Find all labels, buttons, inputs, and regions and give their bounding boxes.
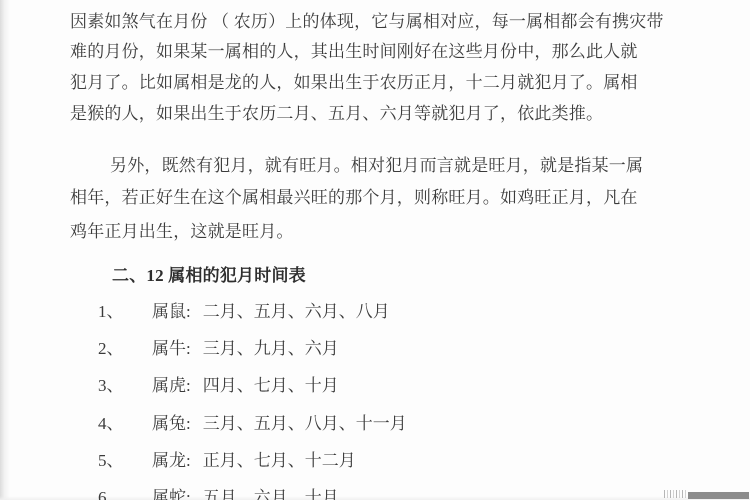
zodiac-name: 属兔: <box>152 414 191 434</box>
document-page: 因素如煞气在月份 （ 农历）上的体现，它与属相对应，每一属相都会有携灾带 难的月… <box>0 0 750 500</box>
paragraph-line: 难的月份，如果某一属相的人，其出生时间刚好在这些月份中，那么此人就 <box>70 42 638 62</box>
list-item-number: 3、 <box>98 376 152 396</box>
zodiac-list-item: 1、属鼠:二月、五月、六月、八月 <box>98 302 390 322</box>
zodiac-months: 三月、五月、八月、十一月 <box>203 414 407 433</box>
zodiac-months: 五月、六月、十月 <box>203 488 339 500</box>
zodiac-list-item: 2、属牛:三月、九月、六月 <box>98 339 339 359</box>
scan-artifact-bar <box>688 492 749 499</box>
zodiac-list-item: 5、属龙:正月、七月、十二月 <box>98 451 356 471</box>
zodiac-list-item: 3、属虎:四月、七月、十月 <box>98 376 339 396</box>
zodiac-name: 属龙: <box>152 451 191 471</box>
list-item-number: 2、 <box>98 339 152 359</box>
section-heading: 二、12 属相的犯月时间表 <box>112 266 306 286</box>
paragraph-line: 因素如煞气在月份 （ 农历）上的体现，它与属相对应，每一属相都会有携灾带 <box>70 12 664 32</box>
zodiac-name: 属蛇: <box>152 488 191 500</box>
zodiac-months: 四月、七月、十月 <box>203 376 339 395</box>
paragraph-line: 犯月了。比如属相是龙的人，如果出生于农历正月，十二月就犯月了。属相 <box>70 73 638 93</box>
zodiac-name: 属鼠: <box>152 302 191 322</box>
zodiac-list-item: 4、属兔:三月、五月、八月、十一月 <box>98 414 407 434</box>
paragraph-line: 相年，若正好生在这个属相最兴旺的那个月，则称旺月。如鸡旺正月，凡在 <box>70 188 638 208</box>
zodiac-months: 二月、五月、六月、八月 <box>203 302 390 321</box>
zodiac-name: 属虎: <box>152 376 191 396</box>
paragraph-line: 鸡年正月出生，这就是旺月。 <box>70 222 294 242</box>
zodiac-name: 属牛: <box>152 339 191 359</box>
scan-noise <box>664 490 686 498</box>
list-item-number: 6、 <box>98 488 152 500</box>
zodiac-months: 正月、七月、十二月 <box>203 451 356 470</box>
zodiac-list-item: 6、属蛇:五月、六月、十月 <box>98 488 339 500</box>
paragraph-line: 是猴的人，如果出生于农历二月、五月、六月等就犯月了，依此类推。 <box>70 104 603 124</box>
paragraph-line: 另外，既然有犯月，就有旺月。相对犯月而言就是旺月，就是指某一属 <box>110 156 643 176</box>
list-item-number: 4、 <box>98 414 152 434</box>
list-item-number: 1、 <box>98 302 152 322</box>
list-item-number: 5、 <box>98 451 152 471</box>
zodiac-months: 三月、九月、六月 <box>203 339 339 358</box>
scan-edge-shadow <box>0 0 10 500</box>
